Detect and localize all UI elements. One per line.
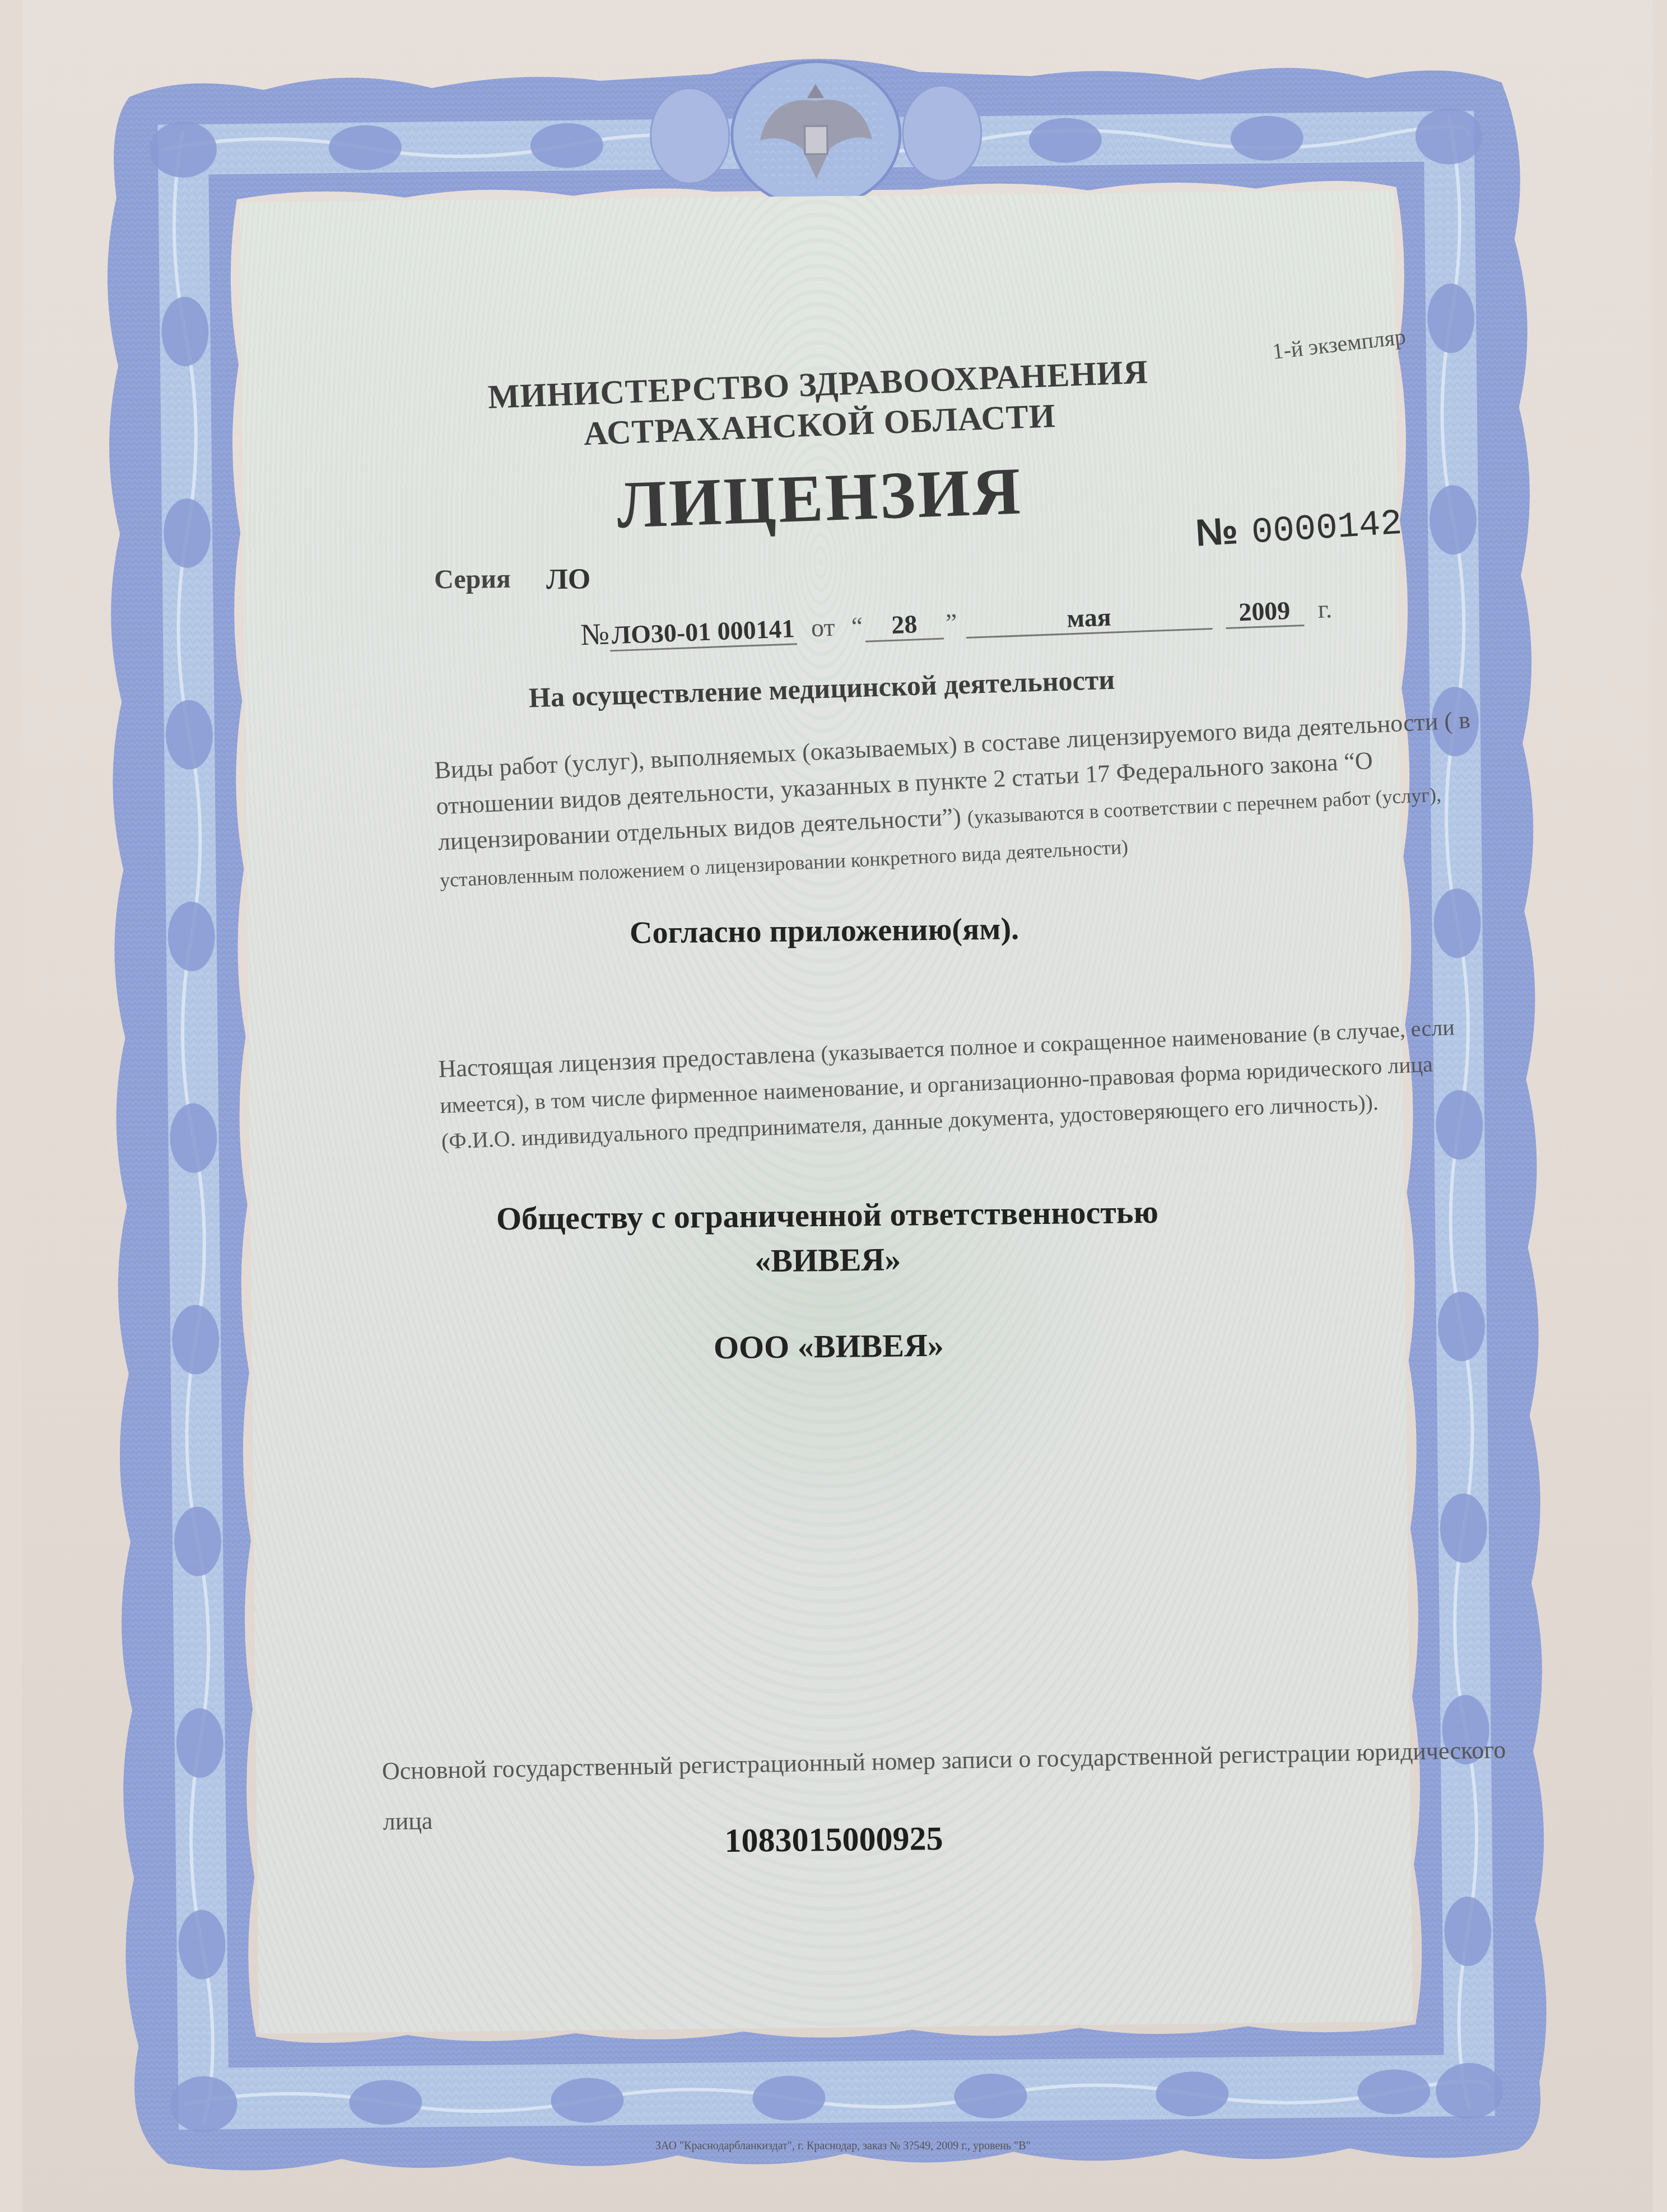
works-value: Согласно приложению(ям).: [247, 907, 1401, 955]
number-sign: №: [1194, 509, 1239, 555]
granted-text-note: (указывается полное и сокращенное наимен…: [439, 1014, 1455, 1154]
granted-text: Настоящая лицензия предоставлена: [438, 1040, 816, 1083]
works-text: Виды работ (услуг), выполняемых (оказыва…: [434, 706, 1471, 855]
printer-imprint: ЗАО "Краснодарбланкиздат", г. Краснодар,…: [655, 2140, 1031, 2153]
licensee-description: Настоящая лицензия предоставлена (указыв…: [437, 1007, 1505, 1159]
date-year: 2009: [1224, 595, 1304, 629]
works-description: Виды работ (услуг), выполняемых (оказыва…: [434, 701, 1503, 898]
licensee-short-name: ООО «ВИВЕЯ»: [252, 1321, 1406, 1371]
registration-line: №ЛО30-01 000141 от “28” мая 2009 г.: [580, 590, 1340, 653]
content-field: 1-й экземпляр МИНИСТЕРСТВО ЗДРАВООХРАНЕН…: [240, 190, 1413, 2033]
close-quote: ”: [945, 608, 957, 637]
date-day: 28: [864, 608, 944, 642]
date-from-label: от: [811, 613, 835, 642]
license-form: 1-й экземпляр МИНИСТЕРСТВО ЗДРАВООХРАНЕН…: [95, 43, 1557, 2181]
open-quote: “: [851, 612, 863, 641]
blank-number-value: 0000142: [1250, 504, 1403, 554]
series-value: ЛО: [546, 562, 591, 596]
licensed-activity: На осуществление медицинской деятельност…: [245, 654, 1399, 723]
licensee-full-name: Обществу с ограниченной ответственностью…: [250, 1187, 1405, 1289]
series-label: Серия: [434, 564, 511, 595]
registration-number: ЛО30-01 000141: [609, 613, 798, 651]
date-month: мая: [965, 598, 1213, 639]
year-suffix: г.: [1317, 594, 1333, 623]
registration-number-sign: №: [580, 617, 610, 651]
